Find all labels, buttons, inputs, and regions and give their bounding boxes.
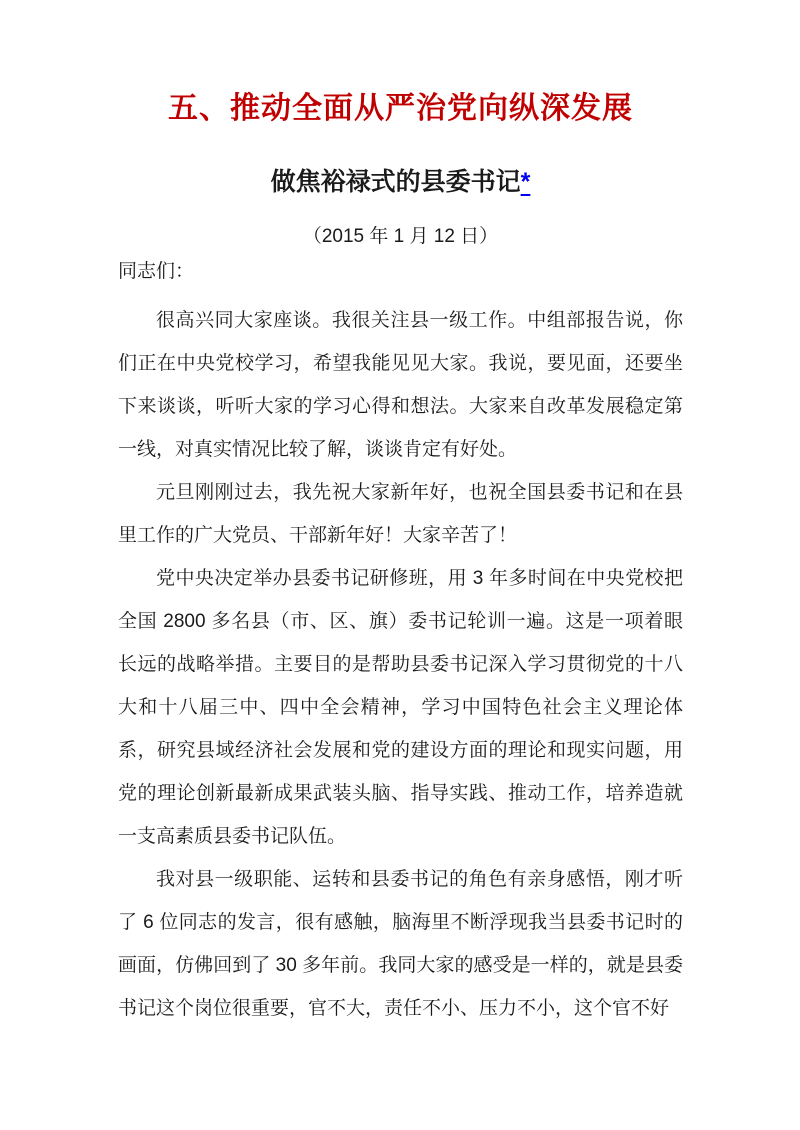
paragraph: 党中央决定举办县委书记研修班，用 3 年多时间在中央党校把全国 2800 多名县…	[118, 557, 683, 858]
paragraph: 元旦刚刚过去，我先祝大家新年好，也祝全国县委书记和在县里工作的广大党员、干部新年…	[118, 471, 683, 557]
salutation: 同志们：	[118, 250, 683, 293]
document-subtitle: 做焦裕禄式的县委书记*	[118, 167, 683, 197]
paragraph: 很高兴同大家座谈。我很关注县一级工作。中组部报告说，你们正在中央党校学习，希望我…	[118, 299, 683, 471]
document-subtitle-text: 做焦裕禄式的县委书记	[271, 168, 521, 196]
document-page: 五、推动全面从严治党向纵深发展 做焦裕禄式的县委书记* （2015 年 1 月 …	[0, 0, 800, 1130]
footnote-link[interactable]: *	[521, 168, 531, 196]
document-body: 很高兴同大家座谈。我很关注县一级工作。中组部报告说，你们正在中央党校学习，希望我…	[118, 299, 683, 1030]
document-date: （2015 年 1 月 12 日）	[118, 225, 683, 248]
paragraph: 我对县一级职能、运转和县委书记的角色有亲身感悟，刚才听了 6 位同志的发言，很有…	[118, 858, 683, 1030]
document-title: 五、推动全面从严治党向纵深发展	[118, 91, 683, 127]
